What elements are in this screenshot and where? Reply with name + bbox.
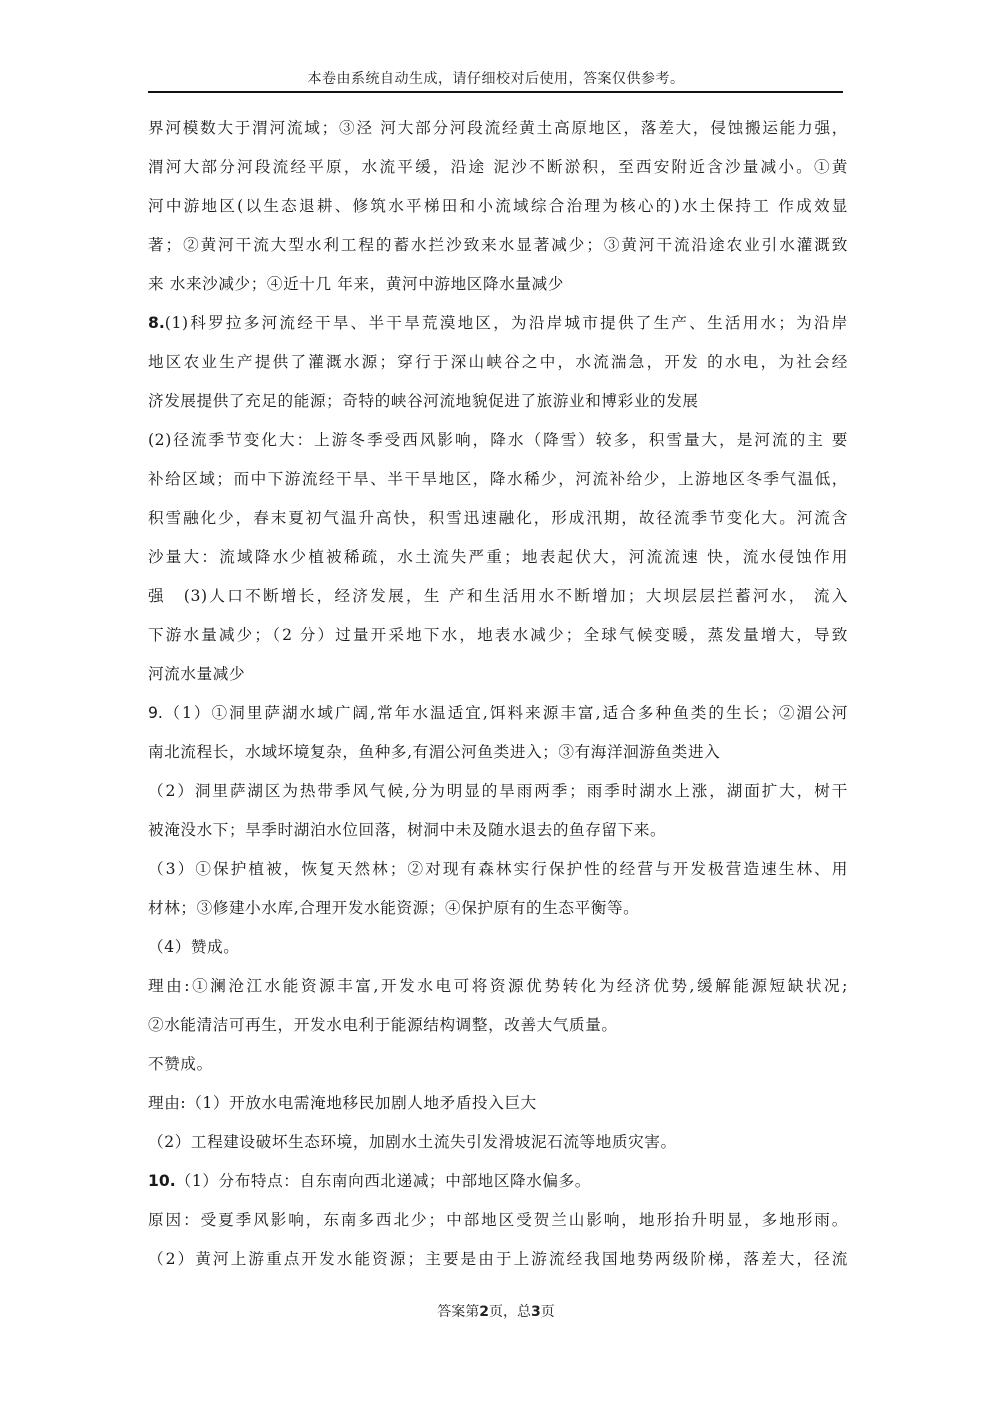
header-notice: 本卷由系统自动生成，请仔细校对后使用，答案仅供参考。 bbox=[0, 68, 992, 88]
text-line: 著；②黄河干流大型水利工程的蓄水拦沙致来水显著减少；③黄河干流沿途农业引水灌溉致 bbox=[148, 228, 848, 267]
text-line: 原因：受夏季风影响，东南多西北少；中部地区受贺兰山影响，地形抬升明显，多地形雨。 bbox=[148, 1203, 848, 1242]
text-line: ②水能清洁可再生，开发水电利于能源结构调整，改善大气质量。 bbox=[148, 1008, 848, 1047]
text-line: 渭河大部分河段流经平原，水流平缓，沿途 泥沙不断淤积，至西安附近含沙量减小。①黄 bbox=[148, 150, 848, 189]
text-line: 界河模数大于渭河流域；③泾 河大部分河段流经黄土高原地区，落差大，侵蚀搬运能力强… bbox=[148, 111, 848, 150]
text-line: （2）黄河上游重点开发水能资源；主要是由于上游流经我国地势两级阶梯，落差大，径流 bbox=[148, 1242, 848, 1281]
text-line: 地区农业生产提供了灌溉水源；穿行于深山峡谷之中，水流湍急，开发 的水电，为社会经 bbox=[148, 345, 848, 384]
text-line: 南北流程长，水域坏境复杂，鱼种多,有湄公河鱼类进入；③有海洋洄游鱼类进入 bbox=[148, 735, 848, 774]
text-line: 来 水来沙减少；④近十几 年来，黄河中游地区降水量减少 bbox=[148, 267, 848, 306]
header-divider bbox=[148, 91, 843, 93]
text-line: 被淹没水下；旱季时湖泊水位回落，树洞中未及随水退去的鱼存留下来。 bbox=[148, 813, 848, 852]
text-line: 补给区域；而中下游流经干旱、半干旱地区，降水稀少，河流补给少，上游地区冬季气温低… bbox=[148, 462, 848, 501]
text-line: （4）赞成。 bbox=[148, 930, 848, 969]
text-line: (2)径流季节变化大：上游冬季受西风影响，降水（降雪）较多，积雪量大，是河流的主… bbox=[148, 423, 848, 462]
text-line: 济发展提供了充足的能源；奇特的峡谷河流地貌促进了旅游业和博彩业的发展 bbox=[148, 384, 848, 423]
text-line: 不赞成。 bbox=[148, 1047, 848, 1086]
question-number: 9. bbox=[148, 704, 163, 722]
question-8-line: 8.(1)科罗拉多河流经干旱、半干旱荒漠地区，为沿岸城市提供了生产、生活用水；为… bbox=[148, 306, 848, 345]
text-line: 下游水量减少；（2 分）过量开采地下水，地表水减少；全球气候变暖，蒸发量增大，导… bbox=[148, 618, 848, 657]
total-pages-number: 3 bbox=[531, 1304, 541, 1320]
page-footer: 答案第2页，总3页 bbox=[0, 1301, 992, 1321]
question-9-line: 9.（1）①洞里萨湖水域广阔,常年水温适宜,饵料来源丰富,适合多种鱼类的生长；②… bbox=[148, 696, 848, 735]
text-line: 河流水量减少 bbox=[148, 657, 848, 696]
text-line: 强 (3)人口不断增长，经济发展，生 产和生活用水不断增加；大坝层层拦蓄河水， … bbox=[148, 579, 848, 618]
text-line: 积雪融化少，春末夏初气温升高快，积雪迅速融化，形成汛期，故径流季节变化大。河流含 bbox=[148, 501, 848, 540]
text-line: 理由:（1）开放水电需淹地移民加剧人地矛盾投入巨大 bbox=[148, 1086, 848, 1125]
question-10-line: 10.（1）分布特点：自东南向西北递减；中部地区降水偏多。 bbox=[148, 1164, 848, 1203]
text-line: 理由:①澜沧江水能资源丰富,开发水电可将资源优势转化为经济优势,缓解能源短缺状况… bbox=[148, 969, 848, 1008]
text-line: （2）工程建设破坏生态环境，加剧水土流失引发滑坡泥石流等地质灾害。 bbox=[148, 1125, 848, 1164]
text-line: 材林；③修建小水库,合理开发水能资源；④保护原有的生态平衡等。 bbox=[148, 891, 848, 930]
answer-body: 界河模数大于渭河流域；③泾 河大部分河段流经黄土高原地区，落差大，侵蚀搬运能力强… bbox=[148, 111, 848, 1281]
text-line: （3）①保护植被，恢复天然林；②对现有森林实行保护性的经营与开发极营造速生林、用 bbox=[148, 852, 848, 891]
text-line: （2）洞里萨湖区为热带季风气候,分为明显的旱雨两季；雨季时湖水上涨，湖面扩大，树… bbox=[148, 774, 848, 813]
current-page-number: 2 bbox=[479, 1304, 489, 1320]
question-number: 10. bbox=[148, 1172, 176, 1190]
text-line: 河中游地区(以生态退耕、修筑水平梯田和小流域综合治理为核心的)水土保持工 作成效… bbox=[148, 189, 848, 228]
question-number: 8. bbox=[148, 314, 165, 332]
text-line: 沙量大：流域降水少植被稀疏，水土流失严重；地表起伏大，河流流速 快，流水侵蚀作用 bbox=[148, 540, 848, 579]
